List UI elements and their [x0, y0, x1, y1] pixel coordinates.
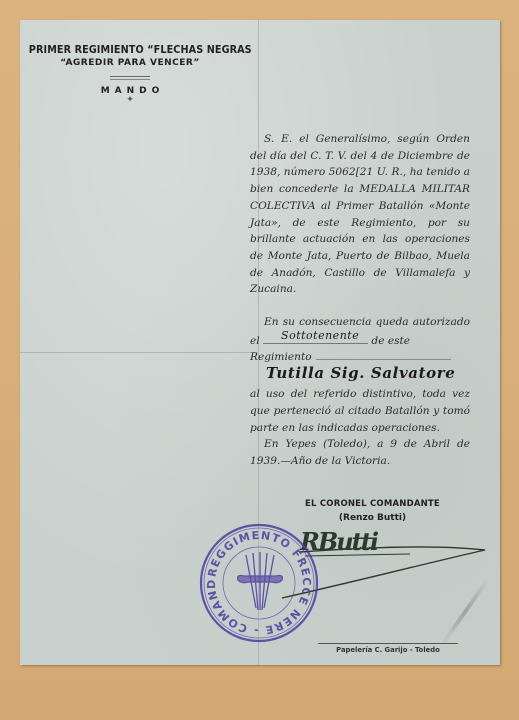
- signature-block: EL CORONEL COMANDANTE (Renzo Butti): [280, 499, 465, 523]
- authorization-rest: al uso del referido distintivo, toda vez…: [250, 388, 470, 433]
- printer-credit: Papelería C. Garijo - Toledo: [318, 646, 458, 654]
- name-handwritten: Tutilla Sig. Salvatore: [252, 365, 455, 382]
- rank-handwritten: Sottotenente: [267, 328, 359, 345]
- regiment-motto: “AGREDIR PARA VENCER”: [20, 58, 240, 68]
- citation-text: S. E. el Generalísimo, según Orden del d…: [250, 131, 470, 470]
- authorization-mid: de este: [371, 335, 410, 347]
- rank-field: Sottotenente: [263, 331, 368, 344]
- signatory-title: EL CORONEL COMANDANTE: [280, 499, 465, 509]
- authorization-paragraph: En su consecuencia queda autorizado el S…: [250, 314, 470, 436]
- header-divider: [110, 76, 150, 80]
- place-date: En Yepes (Toledo), a 9 de Abril de 1939.…: [250, 436, 470, 469]
- regiment-fill-line: [316, 359, 451, 360]
- printer-divider: [318, 643, 458, 644]
- horizontal-fold-line: [20, 352, 258, 353]
- fasces-icon: [238, 552, 283, 610]
- letterhead: PRIMER REGIMIENTO “FLECHAS NEGRAS “AGRED…: [20, 44, 240, 105]
- name-field: Tutilla Sig. Salvatore: [250, 366, 470, 386]
- regiment-label: Regimiento: [250, 351, 312, 363]
- regiment-name: PRIMER REGIMIENTO “FLECHAS NEGRAS: [29, 44, 231, 56]
- ornament-icon: ✦: [20, 95, 240, 105]
- citation-paragraph: S. E. el Generalísimo, según Orden del d…: [250, 131, 470, 298]
- regiment-stamp: REGGIMENTO FRECCE NERE - COMANDO -: [198, 522, 320, 644]
